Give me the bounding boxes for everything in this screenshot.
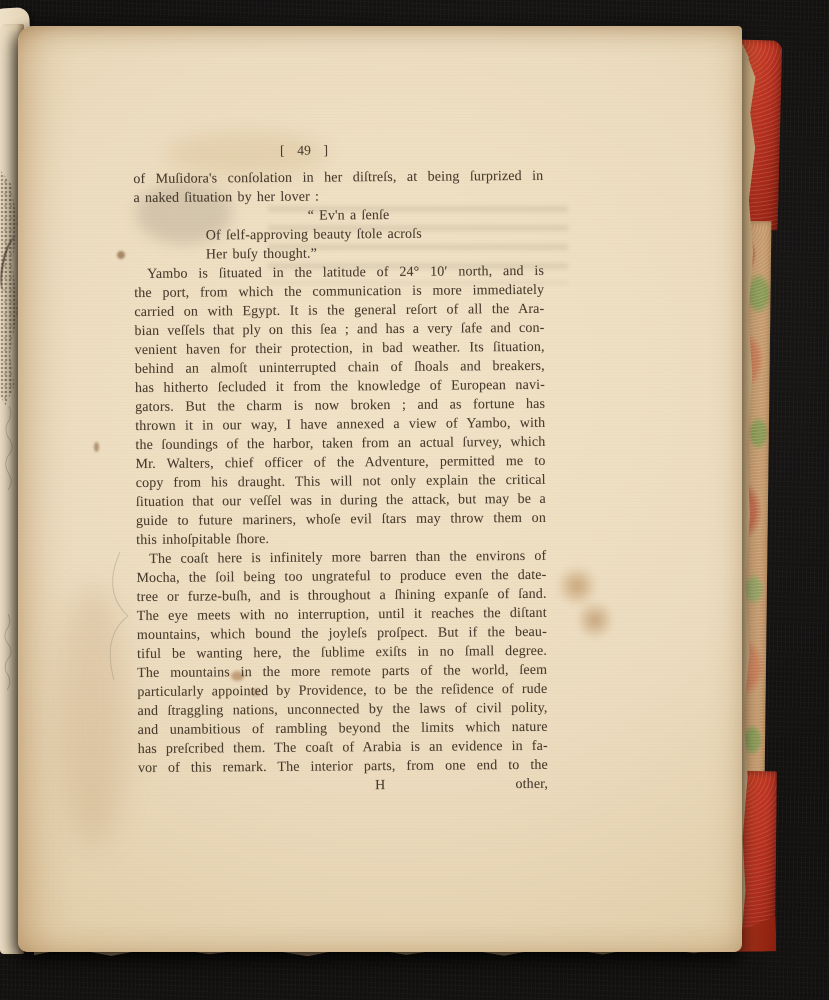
catchword: other, (515, 775, 548, 794)
letterpress-text-block: [ 49 ] of Muſidora's conſolation in her … (133, 139, 548, 797)
book-page: [ 49 ] of Muſidora's conſolation in her … (18, 26, 742, 952)
text-line: of Muſidora's conſolation in her diſtreſ… (133, 167, 543, 189)
foxing-spot (94, 442, 99, 452)
marginalia-handwriting (1, 404, 17, 704)
printer-signature: H (375, 776, 385, 795)
foxing-spot (117, 251, 125, 259)
pencil-mark (80, 546, 140, 686)
photo-dark-fabric-background: [ 49 ] of Muſidora's conſolation in her … (0, 0, 829, 1000)
direction-line: H other, (138, 775, 548, 797)
foxing-spot (578, 598, 612, 642)
foxing-spot (555, 566, 599, 606)
text-line: guide to future mariners, whoſe evil ſta… (136, 509, 546, 531)
page-number: [ 49 ] (99, 139, 509, 161)
